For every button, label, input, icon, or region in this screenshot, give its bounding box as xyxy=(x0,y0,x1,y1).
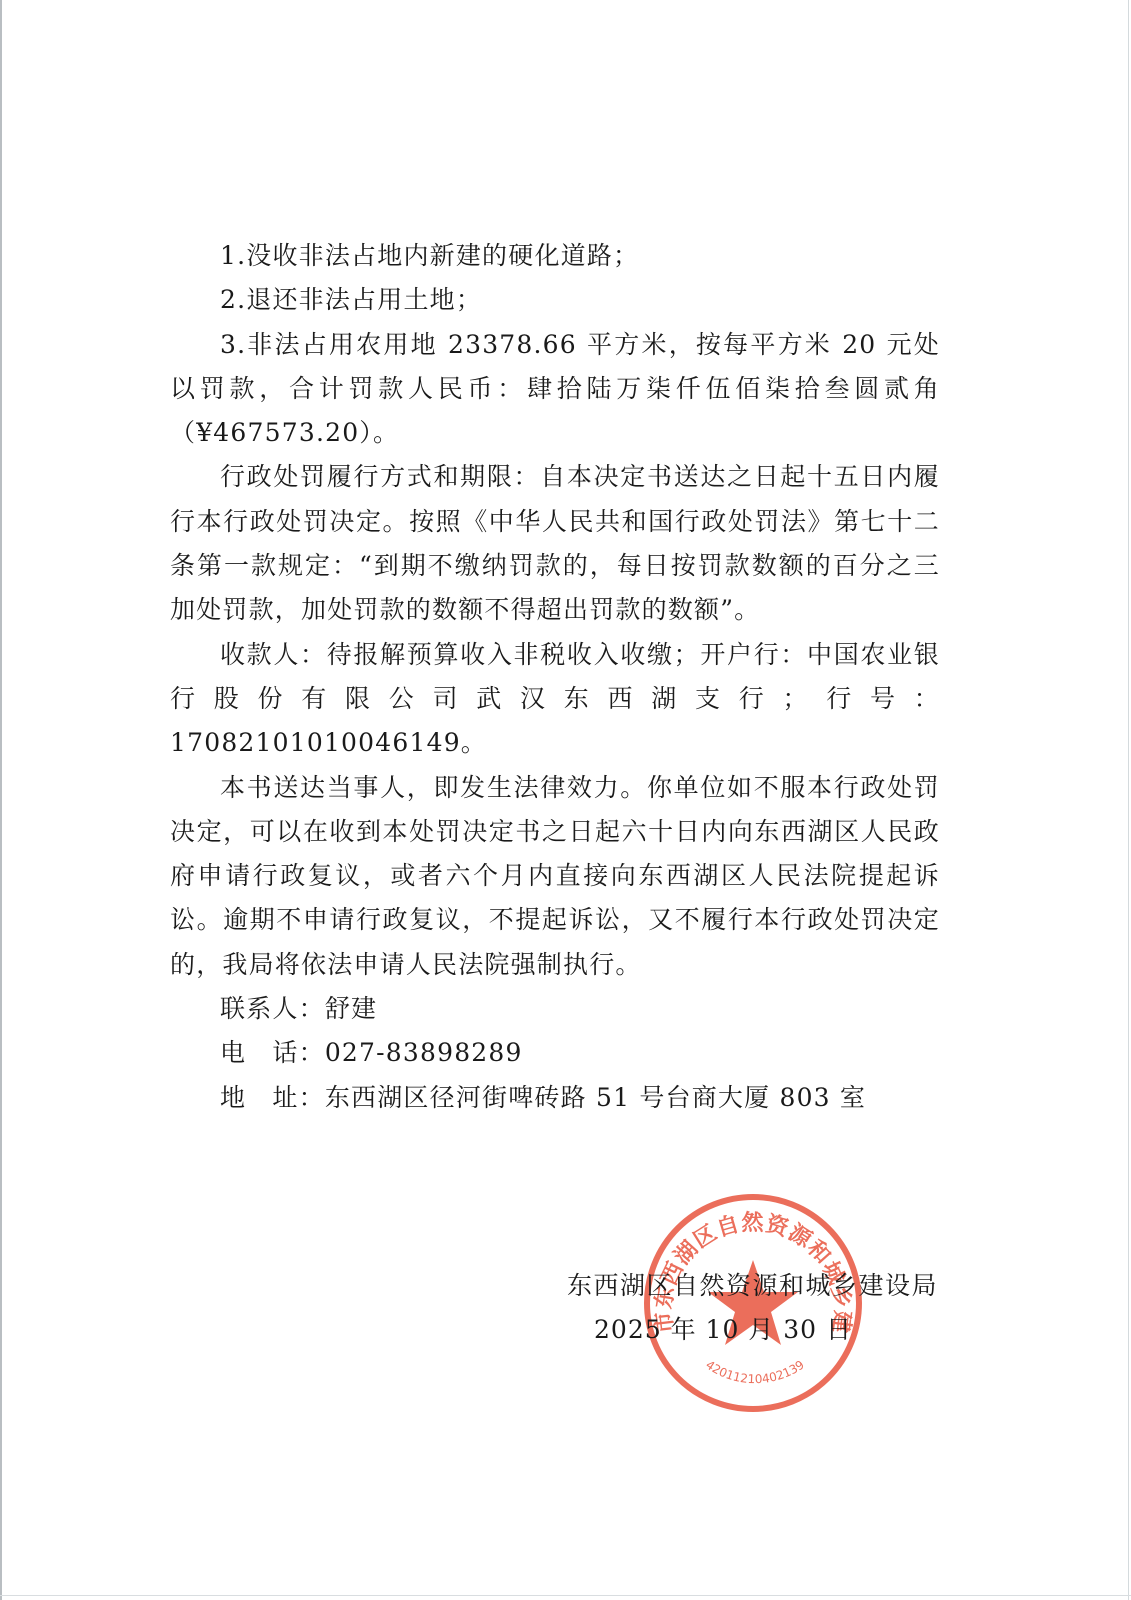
contact-address-label: 地 址： xyxy=(220,1076,325,1120)
contact-person-label: 联系人： xyxy=(220,987,325,1031)
penalty-item-2: 2.退还非法占用土地； xyxy=(170,278,940,322)
payee-text: 收款人：待报解预算收入非税收入收缴；开户行：中国农业银行股份有限公司武汉东西湖支… xyxy=(170,640,940,713)
contact-phone-value: 027-83898289 xyxy=(325,1038,523,1067)
page-edge xyxy=(0,0,2,1600)
signature-block: 东西湖区自然资源和城乡建设局 2025 年 10 月 30 日 xyxy=(0,1264,940,1352)
document-body: 1.没收非法占地内新建的硬化道路； 2.退还非法占用土地； 3.非法占用农用地 … xyxy=(170,234,940,1120)
contact-person-value: 舒建 xyxy=(325,994,377,1023)
issuing-organization: 东西湖区自然资源和城乡建设局 xyxy=(0,1264,940,1308)
page-edge xyxy=(0,1595,1131,1596)
performance-paragraph: 行政处罚履行方式和期限：自本决定书送达之日起十五日内履行本行政处罚决定。按照《中… xyxy=(170,455,940,632)
seal-code: 42011210402139 xyxy=(703,1358,807,1387)
contact-address-value: 东西湖区径河街啤砖路 51 号台商大厦 803 室 xyxy=(325,1083,866,1112)
issue-date: 2025 年 10 月 30 日 xyxy=(0,1308,940,1352)
legal-remedy-paragraph: 本书送达当事人，即发生法律效力。你单位如不服本行政处罚决定，可以在收到本处罚决定… xyxy=(170,766,940,987)
penalty-item-1: 1.没收非法占地内新建的硬化道路； xyxy=(170,234,940,278)
contact-person: 联系人：舒建 xyxy=(170,987,940,1031)
page-edge xyxy=(1128,0,1129,1600)
penalty-item-3: 3.非法占用农用地 23378.66 平方米，按每平方米 20 元处以罚款，合计… xyxy=(170,323,940,456)
contact-address: 地 址：东西湖区径河街啤砖路 51 号台商大厦 803 室 xyxy=(170,1076,940,1120)
svg-text:42011210402139: 42011210402139 xyxy=(703,1358,807,1387)
contact-phone: 电 话：027-83898289 xyxy=(170,1031,940,1075)
payee-paragraph: 收款人：待报解预算收入非税收入收缴；开户行：中国农业银行股份有限公司武汉东西湖支… xyxy=(170,633,940,766)
contact-phone-label: 电 话： xyxy=(220,1031,325,1075)
bank-account-number: 17082101010046149。 xyxy=(170,728,487,757)
